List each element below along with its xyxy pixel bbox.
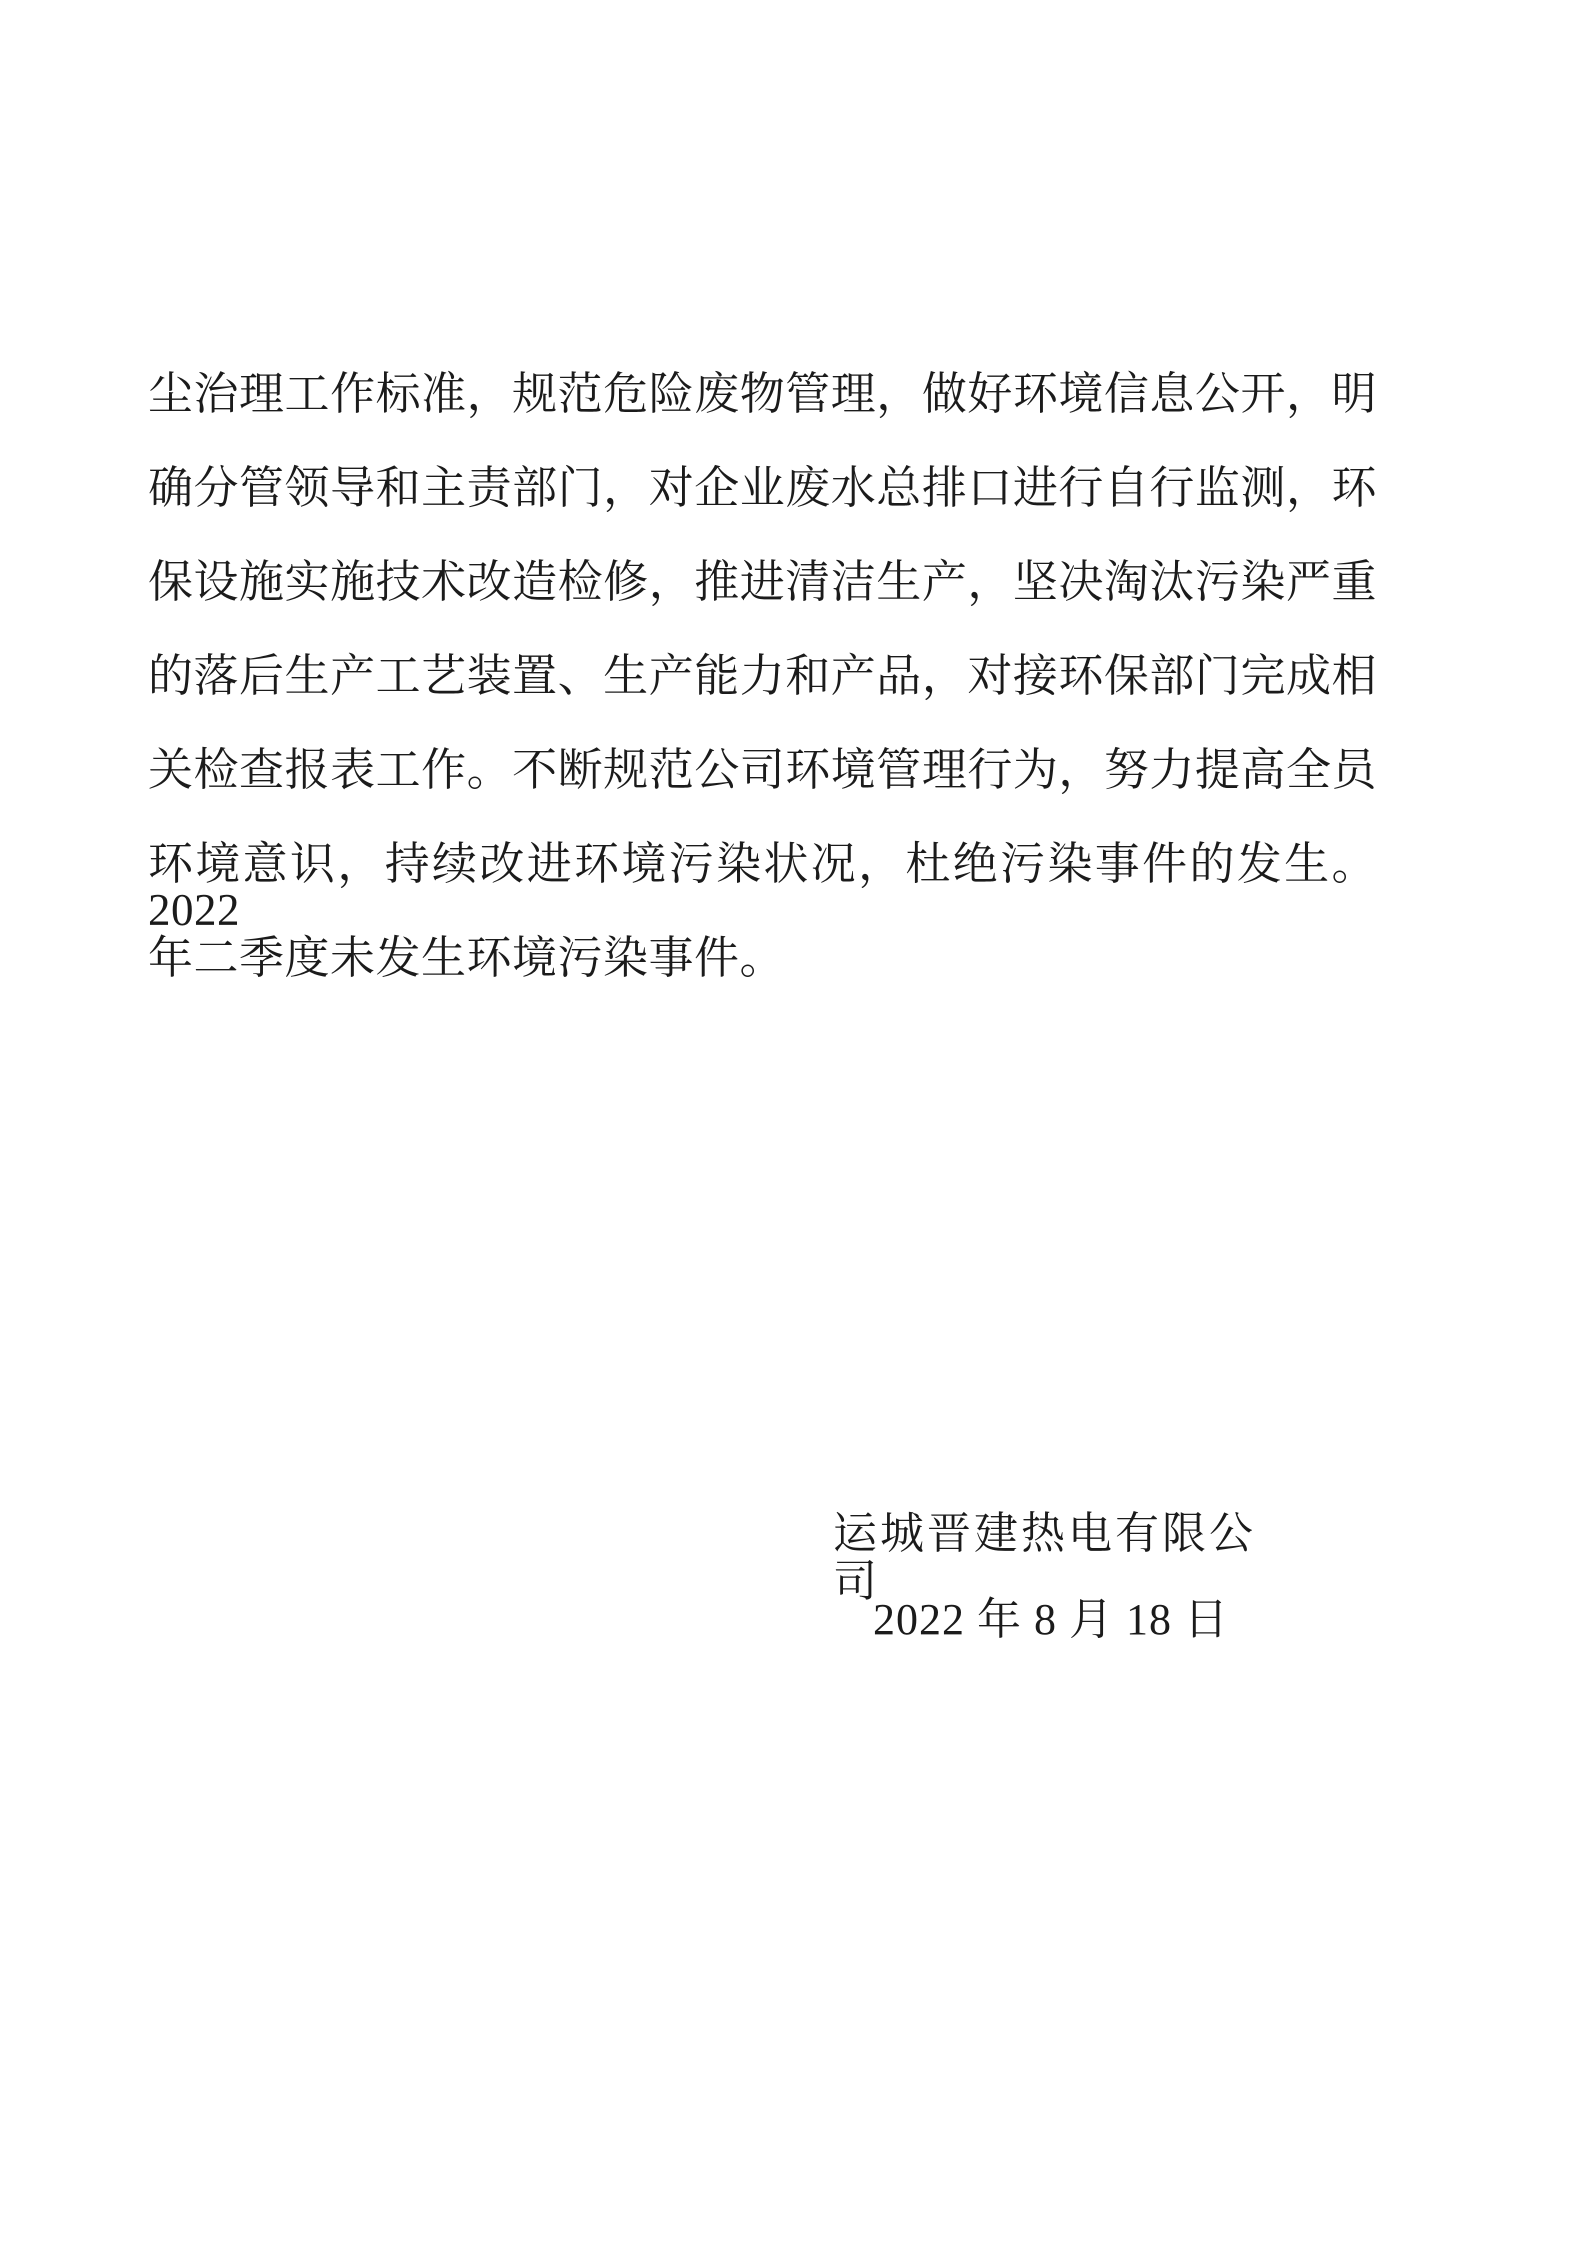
- text-line: 年二季度未发生环境污染事件。: [148, 935, 1377, 981]
- text-line: 保设施实施技术改造检修，推进清洁生产，坚决淘汰污染严重: [148, 559, 1377, 605]
- company-name: 运城晋建热电有限公司: [833, 1510, 1253, 1606]
- text-line: 尘治理工作标准，规范危险废物管理，做好环境信息公开，明: [148, 371, 1377, 417]
- paragraph-continuation: 尘治理工作标准，规范危险废物管理，做好环境信息公开，明 确分管领导和主责部门，对…: [148, 371, 1377, 1029]
- text-line: 确分管领导和主责部门，对企业废水总排口进行自行监测，环: [148, 465, 1377, 511]
- text-line: 环境意识，持续改进环境污染状况，杜绝污染事件的发生。2022: [148, 841, 1377, 887]
- document-page: 尘治理工作标准，规范危险废物管理，做好环境信息公开，明 确分管领导和主责部门，对…: [0, 0, 1587, 2245]
- text-line: 的落后生产工艺装置、生产能力和产品，对接环保部门完成相: [148, 653, 1377, 699]
- text-line: 关检查报表工作。不断规范公司环境管理行为，努力提高全员: [148, 747, 1377, 793]
- signature-date: 2022 年 8 月 18 日: [873, 1596, 1229, 1644]
